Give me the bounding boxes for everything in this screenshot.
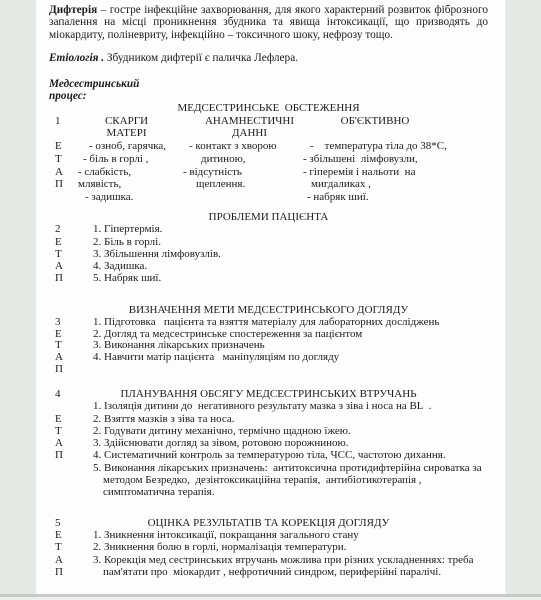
stage-letter: А bbox=[49, 554, 89, 566]
table-row: А4. Навчити матір пацієнта маніпуляціям … bbox=[49, 352, 488, 364]
column-header-anamnestic: АНАМНЕСТИЧНІ bbox=[177, 115, 302, 128]
list-item: 3. Збільшення лімфовузлів. bbox=[89, 248, 221, 260]
stage-letter: Е bbox=[49, 140, 76, 153]
intro-term: Дифтерія bbox=[49, 4, 97, 16]
table-row: 21. Гіпертермія. bbox=[49, 223, 488, 235]
list-item: 5. Виконання лікарських призначень: анти… bbox=[89, 462, 482, 474]
section-care-goals: ВИЗНАЧЕННЯ МЕТИ МЕДСЕСТРИНСЬКОГО ДОГЛЯДУ… bbox=[49, 305, 488, 376]
column-header-anamnestic: ДАННІ bbox=[177, 127, 302, 140]
table-row: А3. Корекція мед сестринських втручань м… bbox=[49, 554, 488, 566]
list-item: 4. Задишка. bbox=[89, 260, 147, 272]
objective-column: ОБ'ЄКТИВНО - температура тіла до 38*С, -… bbox=[302, 115, 488, 204]
table-row: Т2. Зникнення болю в горлі, нормалізація… bbox=[49, 541, 488, 553]
etiology-line: Етіологія . Збудником дифтерії є паличка… bbox=[49, 52, 488, 64]
list-item-continuation: методом Безредко, дезінтоксикаційна тера… bbox=[89, 474, 422, 486]
anamnestic-line: щеплення. bbox=[177, 178, 302, 191]
stage-letter: А bbox=[49, 260, 89, 272]
spacer bbox=[302, 127, 488, 140]
section-number: 4 bbox=[55, 388, 61, 400]
complaints-column: СКАРГИ МАТЕРІ - озноб, гарячка, - біль в… bbox=[76, 115, 177, 204]
list-item: 1. Зникнення інтоксикації, покращання за… bbox=[89, 529, 359, 541]
section-results-evaluation: 5ОЦІНКА РЕЗУЛЬТАТІВ ТА КОРЕКЦІЯ ДОГЛЯДУ … bbox=[49, 517, 488, 578]
list-item: 4. Навчити матір пацієнта маніпуляціям п… bbox=[89, 352, 339, 364]
table-row: 5. Виконання лікарських призначень: анти… bbox=[49, 462, 488, 474]
section-nursing-assessment: МЕДСЕСТРИНСЬКЕ ОБСТЕЖЕННЯ 1 Е Т А П СКАР… bbox=[49, 102, 488, 204]
list-item: 2. Годувати дитину механічно, термічно щ… bbox=[89, 425, 351, 437]
objective-line: мигдаликах , bbox=[302, 178, 488, 191]
section-heading: 5ОЦІНКА РЕЗУЛЬТАТІВ ТА КОРЕКЦІЯ ДОГЛЯДУ bbox=[49, 517, 488, 529]
table-row: методом Безредко, дезінтоксикаційна тера… bbox=[49, 474, 488, 486]
etiology-label: Етіологія . bbox=[49, 52, 104, 64]
table-row: П bbox=[49, 364, 488, 376]
stage-letter bbox=[49, 462, 89, 474]
list-item: 2. Взяття мазків з зіва та носа. bbox=[89, 413, 235, 425]
assessment-table: 1 Е Т А П СКАРГИ МАТЕРІ - озноб, гарячка… bbox=[49, 115, 488, 204]
anamnestic-line: - контакт з хворою bbox=[177, 140, 302, 153]
etiology-text: Збудником дифтерії є паличка Лефлера. bbox=[104, 52, 298, 64]
intro-paragraph: Дифтерія – гостре інфекційне захворюванн… bbox=[49, 4, 488, 41]
section-title: ВИЗНАЧЕННЯ МЕТИ МЕДСЕСТРИНСЬКОГО ДОГЛЯДУ bbox=[49, 305, 488, 317]
stage-letter bbox=[49, 474, 89, 486]
section-title: ПРОБЛЕМИ ПАЦІЄНТА bbox=[49, 211, 488, 223]
list-item-continuation: пам'ятати про міокардит , нефротичний си… bbox=[89, 566, 441, 578]
stage-letter: А bbox=[49, 437, 89, 449]
table-row: А4. Задишка. bbox=[49, 260, 488, 272]
stage-letter: П bbox=[49, 178, 76, 191]
stage-letter: Т bbox=[49, 248, 89, 260]
table-row: Т3. Збільшення лімфовузлів. bbox=[49, 248, 488, 260]
stage-letter: П bbox=[49, 272, 89, 284]
spacer bbox=[49, 127, 76, 140]
list-item: 2. Біль в горлі. bbox=[89, 236, 161, 248]
column-header-objective: ОБ'ЄКТИВНО bbox=[302, 115, 488, 128]
section-title: ПЛАНУВАННЯ ОБСЯГУ МЕДСЕСТРИНСЬКИХ ВТРУЧА… bbox=[120, 388, 416, 400]
list-item bbox=[89, 364, 93, 376]
objective-line: - гіперемія і нальоти на bbox=[302, 166, 488, 179]
stage-letter-column: 1 Е Т А П bbox=[49, 115, 76, 204]
table-row: 31. Підготовка пацієнта та взяття матері… bbox=[49, 317, 488, 329]
stage-letter: П bbox=[49, 364, 89, 376]
symptom-line: - озноб, гарячка, bbox=[76, 140, 177, 153]
table-row: Е2. Взяття мазків з зіва та носа. bbox=[49, 413, 488, 425]
list-item: 4. Систематичний контроль за температуро… bbox=[89, 449, 446, 461]
section-heading: 4ПЛАНУВАННЯ ОБСЯГУ МЕДСЕСТРИНСЬКИХ ВТРУЧ… bbox=[49, 388, 488, 400]
stage-letter: Т bbox=[49, 425, 89, 437]
intro-text: – гостре інфекційне захворювання, для як… bbox=[49, 4, 488, 41]
symptom-line: - задишка. bbox=[76, 191, 177, 204]
table-row: Ппам'ятати про міокардит , нефротичний с… bbox=[49, 566, 488, 578]
section-title: МЕДСЕСТРИНСЬКЕ ОБСТЕЖЕННЯ bbox=[49, 102, 488, 115]
document-page: Дифтерія – гостре інфекційне захворюванн… bbox=[36, 0, 505, 594]
table-row: А3. Здійснювати догляд за зівом, ротовою… bbox=[49, 437, 488, 449]
section-number: 5 bbox=[55, 517, 61, 529]
table-row: Е1. Зникнення інтоксикації, покращання з… bbox=[49, 529, 488, 541]
column-header-complaints: МАТЕРІ bbox=[76, 127, 177, 140]
stage-letter: Е bbox=[49, 413, 89, 425]
anamnestic-line: - відсутність bbox=[177, 166, 302, 179]
stage-letter: Е bbox=[49, 529, 89, 541]
stage-letter: П bbox=[49, 566, 89, 578]
list-item: 1. Підготовка пацієнта та взяття матеріа… bbox=[89, 317, 439, 329]
stage-letter: П bbox=[49, 449, 89, 461]
section-number: 2 bbox=[49, 223, 89, 235]
table-row: Т2. Годувати дитину механічно, термічно … bbox=[49, 425, 488, 437]
anamnestic-line: дитиною, bbox=[177, 153, 302, 166]
symptom-line: - слабкість, млявість, bbox=[76, 166, 177, 191]
symptom-line: - біль в горлі , bbox=[76, 153, 177, 166]
stage-letter: Т bbox=[49, 541, 89, 553]
stage-letter: А bbox=[49, 166, 76, 179]
anamnestic-column: АНАМНЕСТИЧНІ ДАННІ - контакт з хворою ди… bbox=[177, 115, 302, 204]
table-row: П5. Набряк шиї. bbox=[49, 272, 488, 284]
objective-line: - набряк шиї. bbox=[302, 191, 488, 204]
table-row: Е2. Біль в горлі. bbox=[49, 236, 488, 248]
list-item: 5. Набряк шиї. bbox=[89, 272, 161, 284]
section-title: ОЦІНКА РЕЗУЛЬТАТІВ ТА КОРЕКЦІЯ ДОГЛЯДУ bbox=[148, 517, 390, 529]
nursing-process-label: Медсестринський процес: bbox=[49, 78, 174, 103]
table-row: 1. Ізоляція дитини до негативного резуль… bbox=[49, 400, 488, 412]
list-item: 3. Корекція мед сестринських втручань мо… bbox=[89, 554, 473, 566]
list-item-continuation: симптоматична терапія. bbox=[89, 486, 214, 498]
section-patient-problems: ПРОБЛЕМИ ПАЦІЄНТА 21. Гіпертермія. Е2. Б… bbox=[49, 211, 488, 285]
column-header-complaints: СКАРГИ bbox=[76, 115, 177, 128]
list-item: 1. Ізоляція дитини до негативного резуль… bbox=[89, 400, 431, 412]
section-intervention-planning: 4ПЛАНУВАННЯ ОБСЯГУ МЕДСЕСТРИНСЬКИХ ВТРУЧ… bbox=[49, 388, 488, 499]
stage-letter bbox=[49, 486, 89, 498]
list-item: 2. Зникнення болю в горлі, нормалізація … bbox=[89, 541, 346, 553]
objective-line: - збільшені лімфовузли, bbox=[302, 153, 488, 166]
table-row: симптоматична терапія. bbox=[49, 486, 488, 498]
list-item: 3. Здійснювати догляд за зівом, ротовою … bbox=[89, 437, 349, 449]
stage-letter: Т bbox=[49, 153, 76, 166]
table-row: П4. Систематичний контроль за температур… bbox=[49, 449, 488, 461]
section-number: 1 bbox=[49, 115, 76, 128]
list-item: 1. Гіпертермія. bbox=[89, 223, 162, 235]
stage-letter: Е bbox=[49, 236, 89, 248]
stage-letter bbox=[49, 400, 89, 412]
objective-line: - температура тіла до 38*С, bbox=[302, 140, 488, 153]
section-number: 3 bbox=[49, 317, 89, 329]
